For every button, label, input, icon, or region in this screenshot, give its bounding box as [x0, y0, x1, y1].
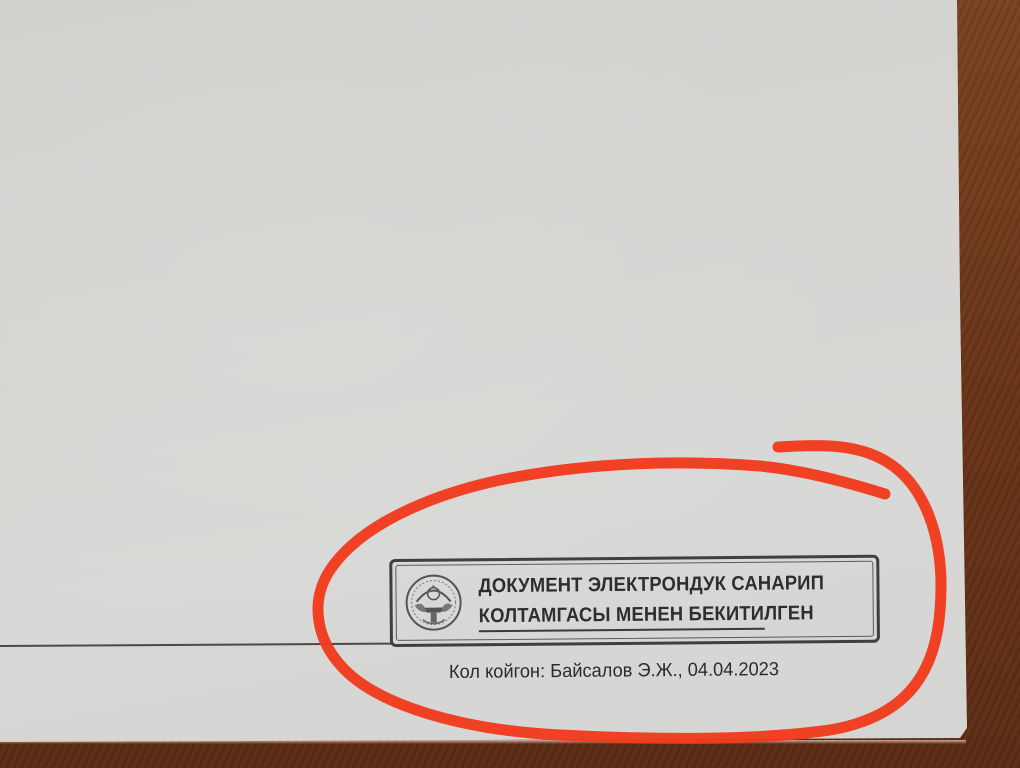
kyrgyz-state-emblem-icon — [404, 571, 463, 634]
stamp-text-line-2: КОЛТАМГАСЫ МЕНЕН БЕКИТИЛГЕН — [479, 602, 814, 628]
paper-edge — [0, 740, 966, 744]
stamp-text-line-1: ДОКУМЕНТ ЭЛЕКТРОНДУК САНАРИП — [478, 572, 824, 598]
paper-sheet — [0, 0, 1020, 768]
signed-by-text: Кол койгон: Байсалов Э.Ж., 04.04.2023 — [449, 659, 779, 684]
e-signature-stamp: ДОКУМЕНТ ЭЛЕКТРОНДУК САНАРИП КОЛТАМГАСЫ … — [389, 555, 880, 647]
